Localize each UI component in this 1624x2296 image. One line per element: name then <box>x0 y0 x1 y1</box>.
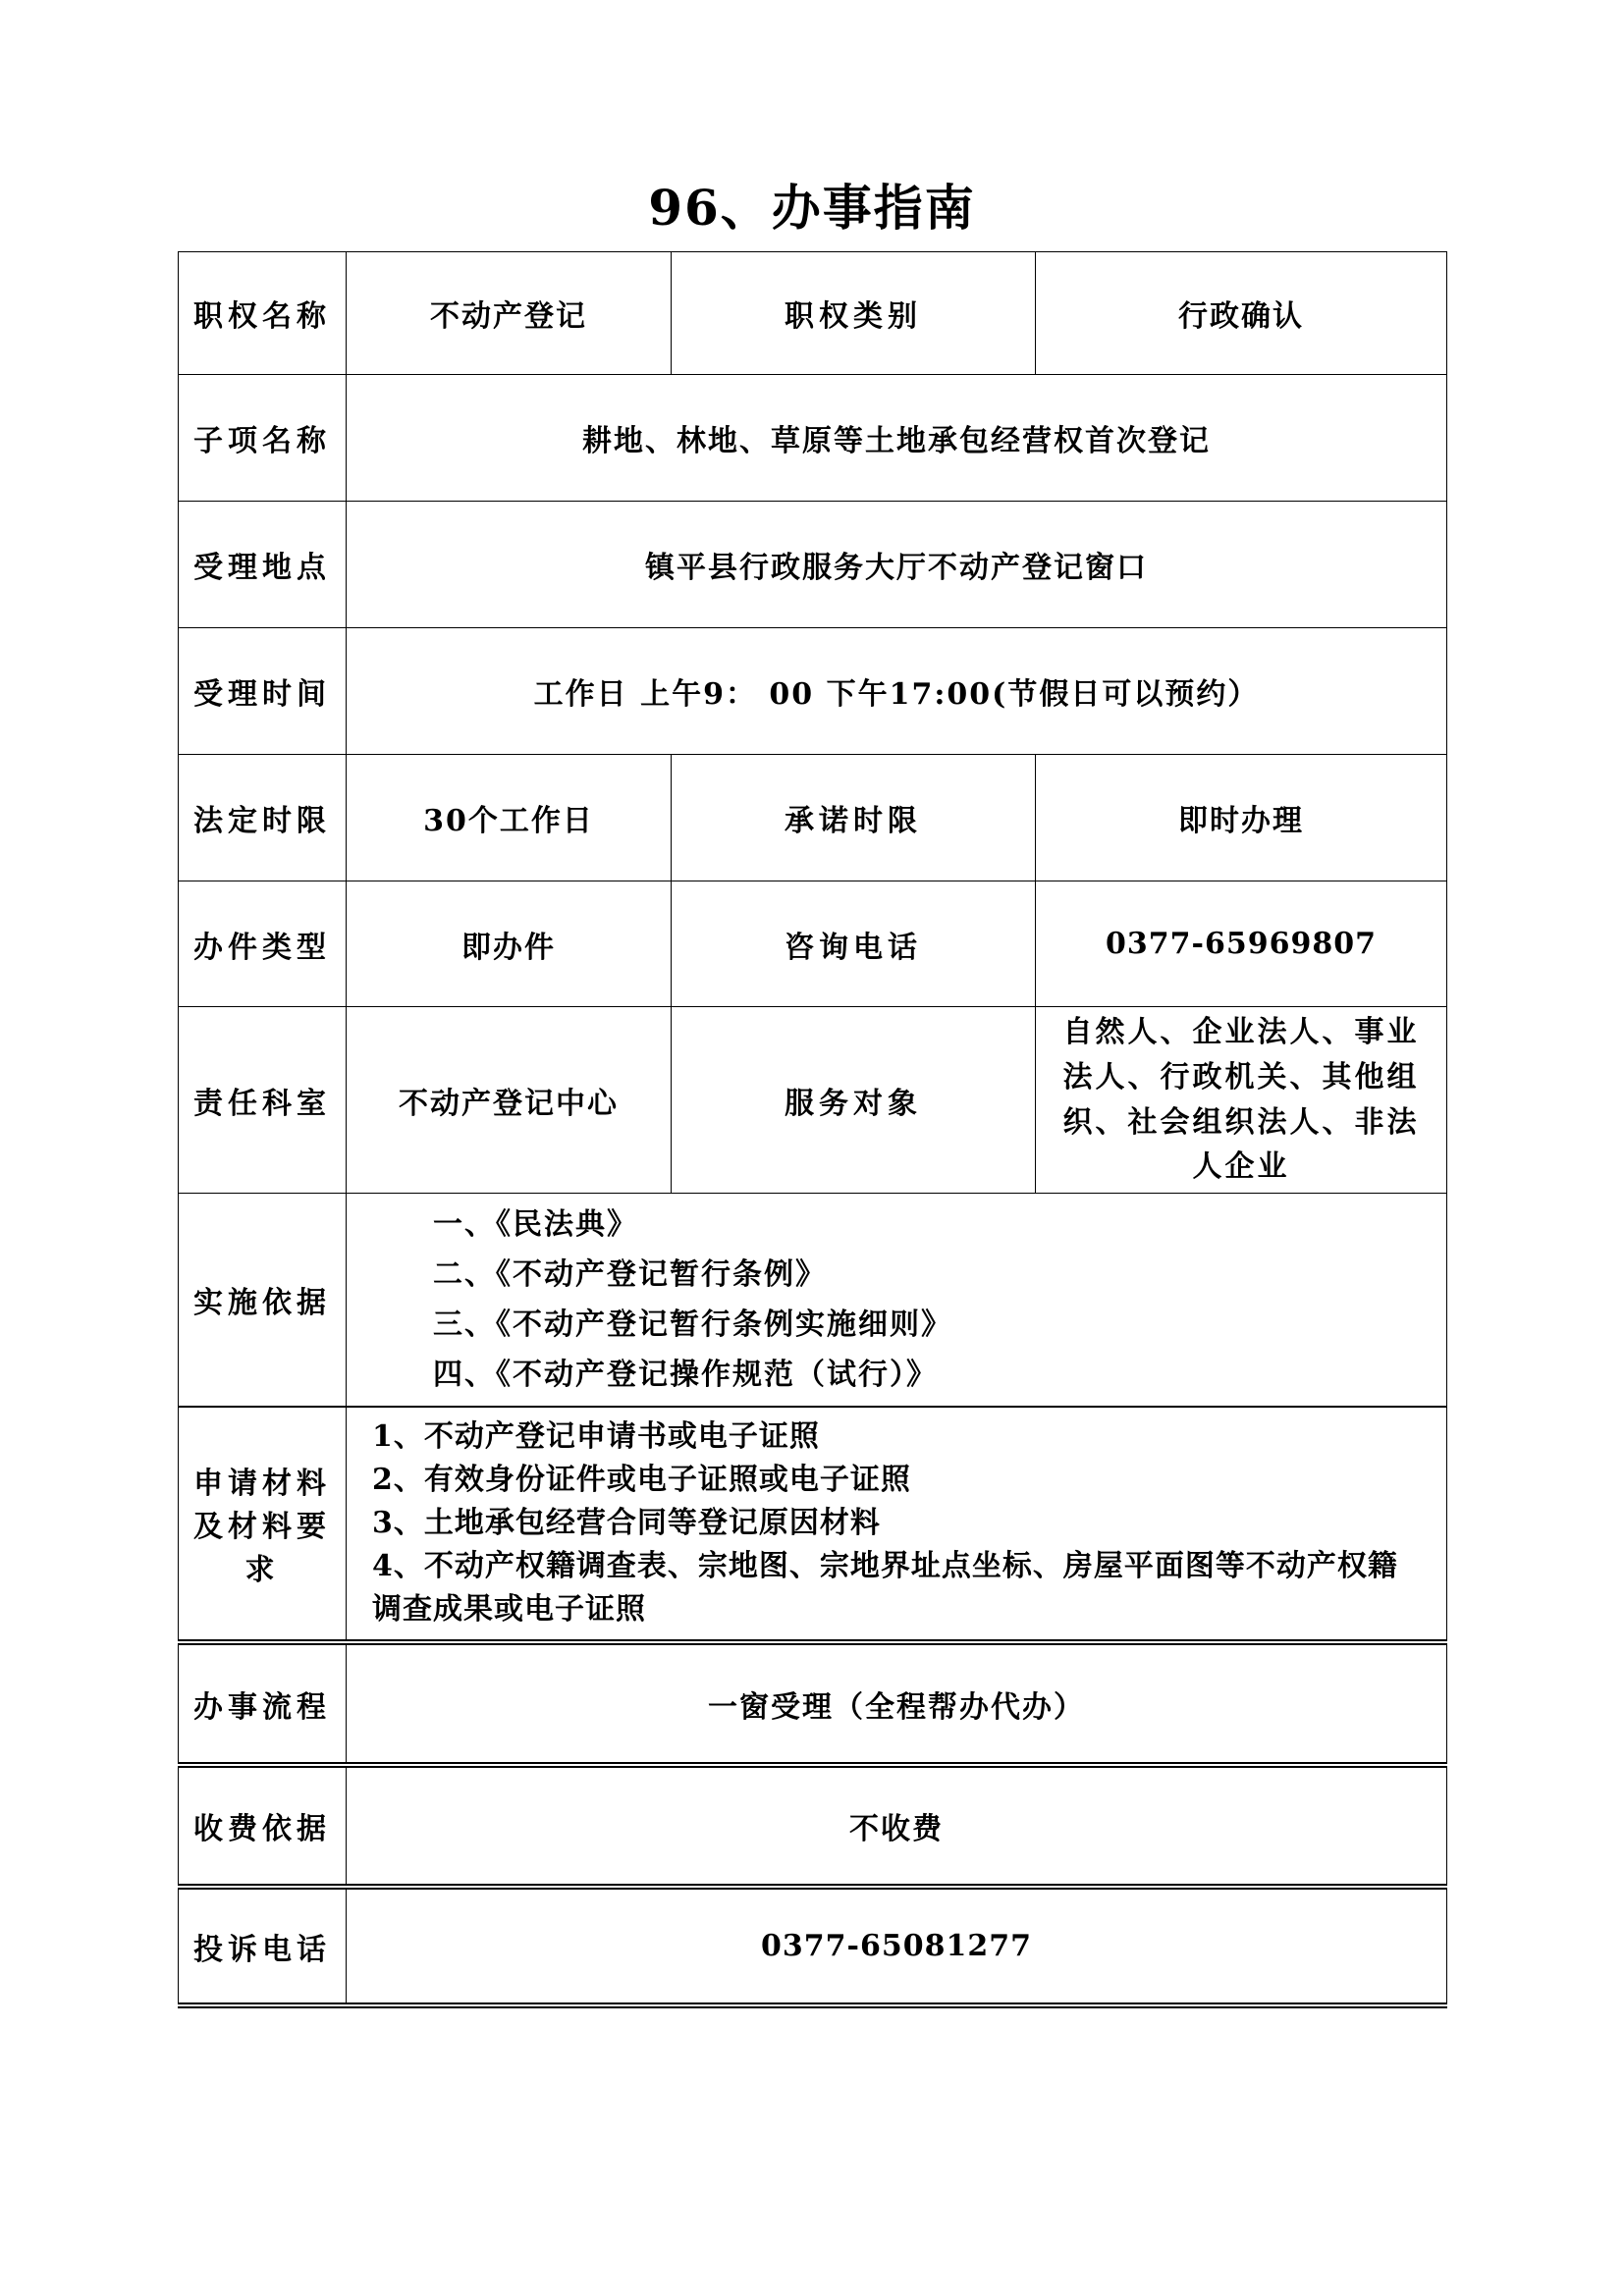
row-accept-location: 受理地点 镇平县行政服务大厅不动产登记窗口 <box>179 502 1447 628</box>
material-item: 1、不动产登记申请书或电子证照 <box>372 1415 1417 1459</box>
row-fee-basis: 收费依据 不收费 <box>179 1765 1447 1887</box>
cell-label: 受理时间 <box>179 628 347 755</box>
cell-label: 办事流程 <box>179 1642 347 1765</box>
basis-item: 三、《不动产登记暂行条例实施细则》 <box>433 1300 1436 1350</box>
basis-item: 四、《不动产登记操作规范（试行）》 <box>433 1350 1436 1400</box>
cell-value: 镇平县行政服务大厅不动产登记窗口 <box>347 502 1447 628</box>
cell-phone-value: 0377-65081277 <box>347 1887 1447 2005</box>
cell-service-targets: 自然人、企业法人、事业法人、行政机关、其他组织、社会组织法人、非法人企业 <box>1036 1007 1447 1194</box>
cell-label: 职权名称 <box>179 252 347 375</box>
cell-value: 不动产登记中心 <box>347 1007 672 1194</box>
row-implementation-basis: 实施依据 一、《民法典》 二、《不动产登记暂行条例》 三、《不动产登记暂行条例实… <box>179 1194 1447 1408</box>
cell-label: 实施依据 <box>179 1194 347 1408</box>
row-authority-name: 职权名称 不动产登记 职权类别 行政确认 <box>179 252 1447 375</box>
cell-label: 法定时限 <box>179 755 347 881</box>
page-title: 96、办事指南 <box>178 179 1446 238</box>
cell-value: 即办件 <box>347 881 672 1007</box>
row-application-materials: 申请材料 及材料要 求 1、不动产登记申请书或电子证照 2、有效身份证件或电子证… <box>179 1407 1447 1642</box>
basis-item: 一、《民法典》 <box>433 1200 1436 1250</box>
cell-value: 工作日 上午9： 00 下午17:00(节假日可以预约） <box>347 628 1447 755</box>
row-process: 办事流程 一窗受理（全程帮办代办） <box>179 1642 1447 1765</box>
cell-label: 责任科室 <box>179 1007 347 1194</box>
cell-value: 不动产登记 <box>347 252 672 375</box>
row-responsible-office: 责任科室 不动产登记中心 服务对象 自然人、企业法人、事业法人、行政机关、其他组… <box>179 1007 1447 1194</box>
basis-item: 二、《不动产登记暂行条例》 <box>433 1250 1436 1300</box>
document-page: 96、办事指南 职权名称 不动产登记 职权类别 行政确认 子项名称 耕地、林地、… <box>0 0 1624 2296</box>
row-item-type: 办件类型 即办件 咨询电话 0377-65969807 <box>179 881 1447 1007</box>
cell-label: 咨询电话 <box>672 881 1036 1007</box>
row-accept-time: 受理时间 工作日 上午9： 00 下午17:00(节假日可以预约） <box>179 628 1447 755</box>
cell-label: 子项名称 <box>179 375 347 502</box>
material-item: 4、不动产权籍调查表、宗地图、宗地界址点坐标、房屋平面图等不动产权籍调查成果或电… <box>372 1545 1417 1631</box>
cell-label: 投诉电话 <box>179 1887 347 2005</box>
row-subitem-name: 子项名称 耕地、林地、草原等土地承包经营权首次登记 <box>179 375 1447 502</box>
cell-label: 收费依据 <box>179 1765 347 1887</box>
cell-label: 办件类型 <box>179 881 347 1007</box>
cell-label: 承诺时限 <box>672 755 1036 881</box>
cell-value: 耕地、林地、草原等土地承包经营权首次登记 <box>347 375 1447 502</box>
material-item: 3、土地承包经营合同等登记原因材料 <box>372 1502 1417 1545</box>
cell-label: 职权类别 <box>672 252 1036 375</box>
cell-value: 一窗受理（全程帮办代办） <box>347 1642 1447 1765</box>
cell-label: 申请材料 及材料要 求 <box>179 1407 347 1642</box>
cell-materials-list: 1、不动产登记申请书或电子证照 2、有效身份证件或电子证照或电子证照 3、土地承… <box>347 1407 1447 1642</box>
cell-basis-list: 一、《民法典》 二、《不动产登记暂行条例》 三、《不动产登记暂行条例实施细则》 … <box>347 1194 1447 1408</box>
cell-value: 行政确认 <box>1036 252 1447 375</box>
service-guide-table: 职权名称 不动产登记 职权类别 行政确认 子项名称 耕地、林地、草原等土地承包经… <box>178 251 1447 2008</box>
service-guide-document: 96、办事指南 职权名称 不动产登记 职权类别 行政确认 子项名称 耕地、林地、… <box>178 179 1446 2008</box>
material-item: 2、有效身份证件或电子证照或电子证照 <box>372 1459 1417 1502</box>
cell-phone-value: 0377-65969807 <box>1036 881 1447 1007</box>
row-legal-time-limit: 法定时限 30个工作日 承诺时限 即时办理 <box>179 755 1447 881</box>
cell-label: 受理地点 <box>179 502 347 628</box>
cell-value: 30个工作日 <box>347 755 672 881</box>
cell-value: 不收费 <box>347 1765 1447 1887</box>
cell-label: 服务对象 <box>672 1007 1036 1194</box>
cell-value: 即时办理 <box>1036 755 1447 881</box>
row-complaint-phone: 投诉电话 0377-65081277 <box>179 1887 1447 2005</box>
